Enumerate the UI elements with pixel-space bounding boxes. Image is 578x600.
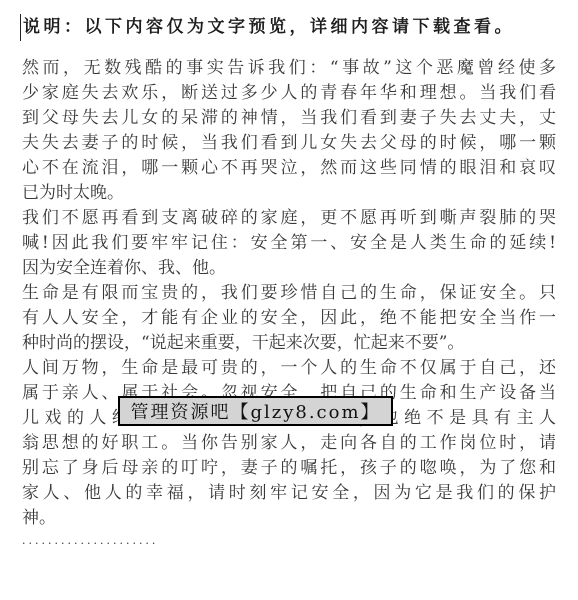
text-cursor: [20, 14, 21, 41]
text-line: 种时尚的摆设，“说起来重要，干起来次要，忙起来不要”。: [22, 331, 556, 356]
text-line: 因为安全连着你、我、他。: [22, 256, 556, 281]
preview-notice: 说明：以下内容仅为文字预览，详细内容请下载查看。: [23, 13, 557, 41]
document-preview-page: 说明：以下内容仅为文字预览，详细内容请下载查看。 然而，无数残酷的事实告诉我们：…: [0, 0, 578, 600]
watermark-text: 管理资源吧【glzy8.com】: [130, 398, 380, 424]
text-line: 家人、他人的幸福，请时刻牢记安全，因为它是我们的保护: [22, 481, 556, 506]
text-line: 神。: [22, 506, 556, 531]
trailing-dots: ·····················: [22, 531, 556, 556]
text-line: 人间万物，生命是最可贵的，一个人的生命不仅属于自己，还: [22, 356, 556, 381]
text-line: 别忘了身后母亲的叮咛，妻子的嘱托，孩子的唿唤，为了您和: [22, 456, 556, 481]
text-line: 翁思想的好职工。当你告别家人，走向各自的工作岗位时，请: [22, 431, 556, 456]
text-line: 喊!因此我们要牢牢记住：安全第一、安全是人类生命的延续!: [22, 231, 556, 256]
document-body: 然而，无数残酷的事实告诉我们：“事故”这个恶魔曾经使多少家庭失去欢乐，断送过多少…: [22, 56, 556, 556]
text-line: 少家庭失去欢乐，断送过多少人的青春年华和理想。当我们看: [22, 81, 556, 106]
text-line: 已为时太晚。: [22, 181, 556, 206]
text-line: 心不在流泪，哪一颗心不再哭泣，然而这些同情的眼泪和哀叹: [22, 156, 556, 181]
text-line: 有人人安全，才能有企业的安全，因此，绝不能把安全当作一: [22, 306, 556, 331]
text-line: 生命是有限而宝贵的，我们要珍惜自己的生命，保证安全。只: [22, 281, 556, 306]
text-line: 我们不愿再看到支离破碎的家庭，更不愿再听到嘶声裂肺的哭: [22, 206, 556, 231]
text-line: 然而，无数残酷的事实告诉我们：“事故”这个恶魔曾经使多: [22, 56, 556, 81]
text-line: 到父母失去儿女的呆滞的神情，当我们看到妻子失去丈夫，丈: [22, 106, 556, 131]
watermark-badge: 管理资源吧【glzy8.com】: [118, 396, 393, 426]
text-line: 夫失去妻子的时候，当我们看到儿女失去父母的时候，哪一颗: [22, 131, 556, 156]
